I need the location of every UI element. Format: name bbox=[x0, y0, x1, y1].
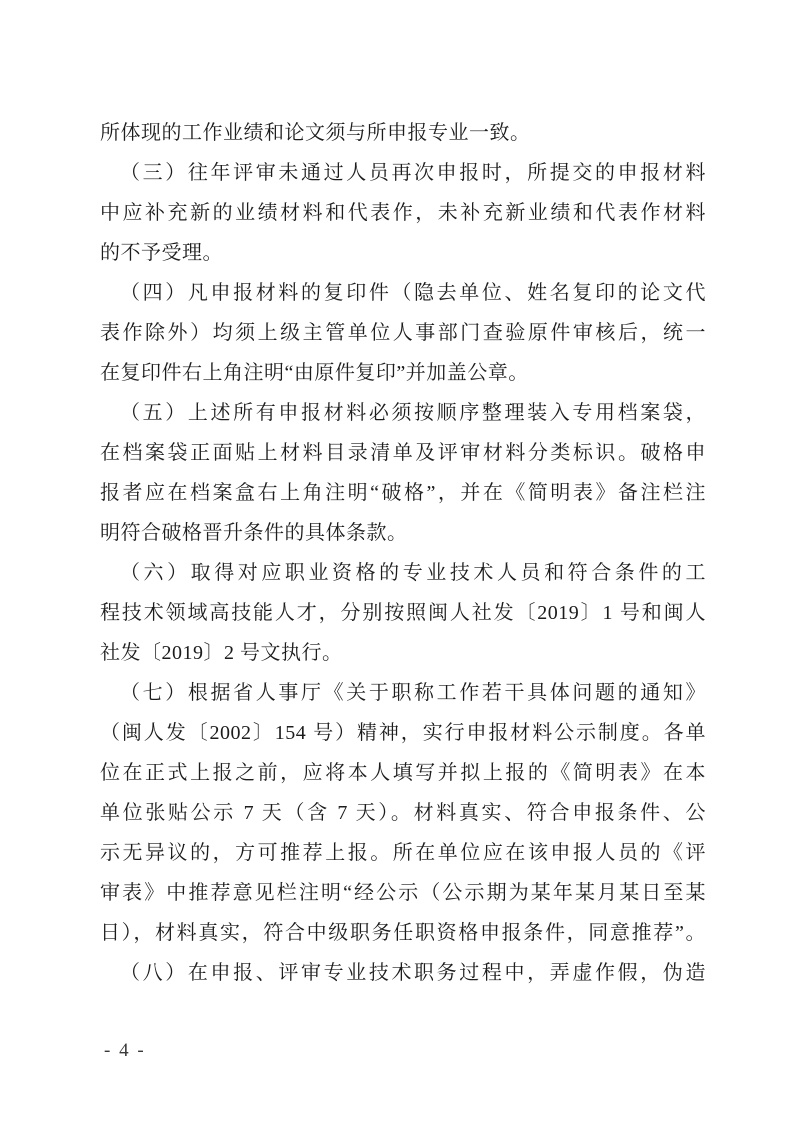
document-line: 的不予受理。 bbox=[100, 233, 706, 273]
page-number: - 4 - bbox=[104, 1040, 146, 1062]
document-line: （五）上述所有申报材料必须按顺序整理装入专用档案袋， bbox=[100, 393, 706, 433]
document-line: 在复印件右上角注明“由原件复印”并加盖公章。 bbox=[100, 353, 706, 393]
document-line: （闽人发〔2002〕154 号）精神，实行申报材料公示制度。各单 bbox=[100, 713, 706, 753]
document-line: 日），材料真实，符合中级职务任职资格申报条件，同意推荐”。 bbox=[100, 913, 706, 953]
document-line: 审表》中推荐意见栏注明“经公示（公示期为某年某月某日至某 bbox=[100, 873, 706, 913]
document-line: 明符合破格晋升条件的具体条款。 bbox=[100, 513, 706, 553]
document-line: （三）往年评审未通过人员再次申报时，所提交的申报材料 bbox=[100, 153, 706, 193]
document-line: 表作除外）均须上级主管单位人事部门查验原件审核后，统一 bbox=[100, 313, 706, 353]
document-line: 位在正式上报之前，应将本人填写并拟上报的《简明表》在本 bbox=[100, 753, 706, 793]
document-line: 中应补充新的业绩材料和代表作，未补充新业绩和代表作材料 bbox=[100, 193, 706, 233]
document-line: （八）在申报、评审专业技术职务过程中，弄虚作假，伪造 bbox=[100, 953, 706, 993]
document-line: 在档案袋正面贴上材料目录清单及评审材料分类标识。破格申 bbox=[100, 433, 706, 473]
document-line: 所体现的工作业绩和论文须与所申报专业一致。 bbox=[100, 113, 706, 153]
document-line: （七）根据省人事厅《关于职称工作若干具体问题的通知》 bbox=[100, 673, 706, 713]
document-page: 所体现的工作业绩和论文须与所申报专业一致。 （三）往年评审未通过人员再次申报时，… bbox=[0, 0, 793, 1122]
document-line: 社发〔2019〕2 号文执行。 bbox=[100, 633, 706, 673]
document-line: 示无异议的，方可推荐上报。所在单位应在该申报人员的《评 bbox=[100, 833, 706, 873]
document-line: 程技术领域高技能人才，分别按照闽人社发〔2019〕1 号和闽人 bbox=[100, 593, 706, 633]
document-line: （六）取得对应职业资格的专业技术人员和符合条件的工 bbox=[100, 553, 706, 593]
document-line: （四）凡申报材料的复印件（隐去单位、姓名复印的论文代 bbox=[100, 273, 706, 313]
document-line: 单位张贴公示 7 天（含 7 天）。材料真实、符合申报条件、公 bbox=[100, 793, 706, 833]
document-line: 报者应在档案盒右上角注明“破格”，并在《简明表》备注栏注 bbox=[100, 473, 706, 513]
document-body: 所体现的工作业绩和论文须与所申报专业一致。 （三）往年评审未通过人员再次申报时，… bbox=[100, 113, 706, 993]
